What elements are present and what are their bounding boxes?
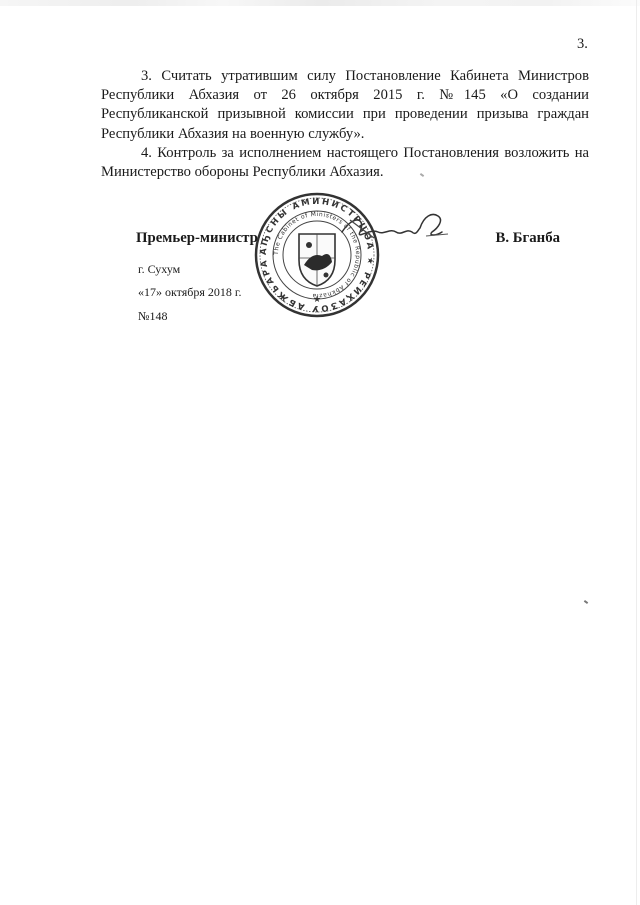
issue-date: «17» октября 2018 г. bbox=[138, 285, 241, 300]
document-body: 3. Считать утратившим силу Постановление… bbox=[101, 67, 589, 182]
scan-right-edge bbox=[636, 0, 637, 905]
issue-city: г. Сухум bbox=[138, 262, 180, 277]
document-number: №148 bbox=[138, 309, 167, 324]
scan-edge-artifact bbox=[0, 0, 640, 6]
signatory-name: В. Бганба bbox=[496, 230, 561, 247]
signatory-title: Премьер-министр bbox=[136, 230, 258, 247]
paragraph-3: 3. Считать утратившим силу Постановление… bbox=[101, 67, 589, 144]
paragraph-4: 4. Контроль за исполнением настоящего По… bbox=[101, 144, 589, 182]
svg-text:★: ★ bbox=[313, 294, 321, 304]
page-number: 3. bbox=[577, 36, 588, 53]
handwritten-signature bbox=[340, 210, 450, 246]
scan-speck bbox=[584, 600, 588, 604]
